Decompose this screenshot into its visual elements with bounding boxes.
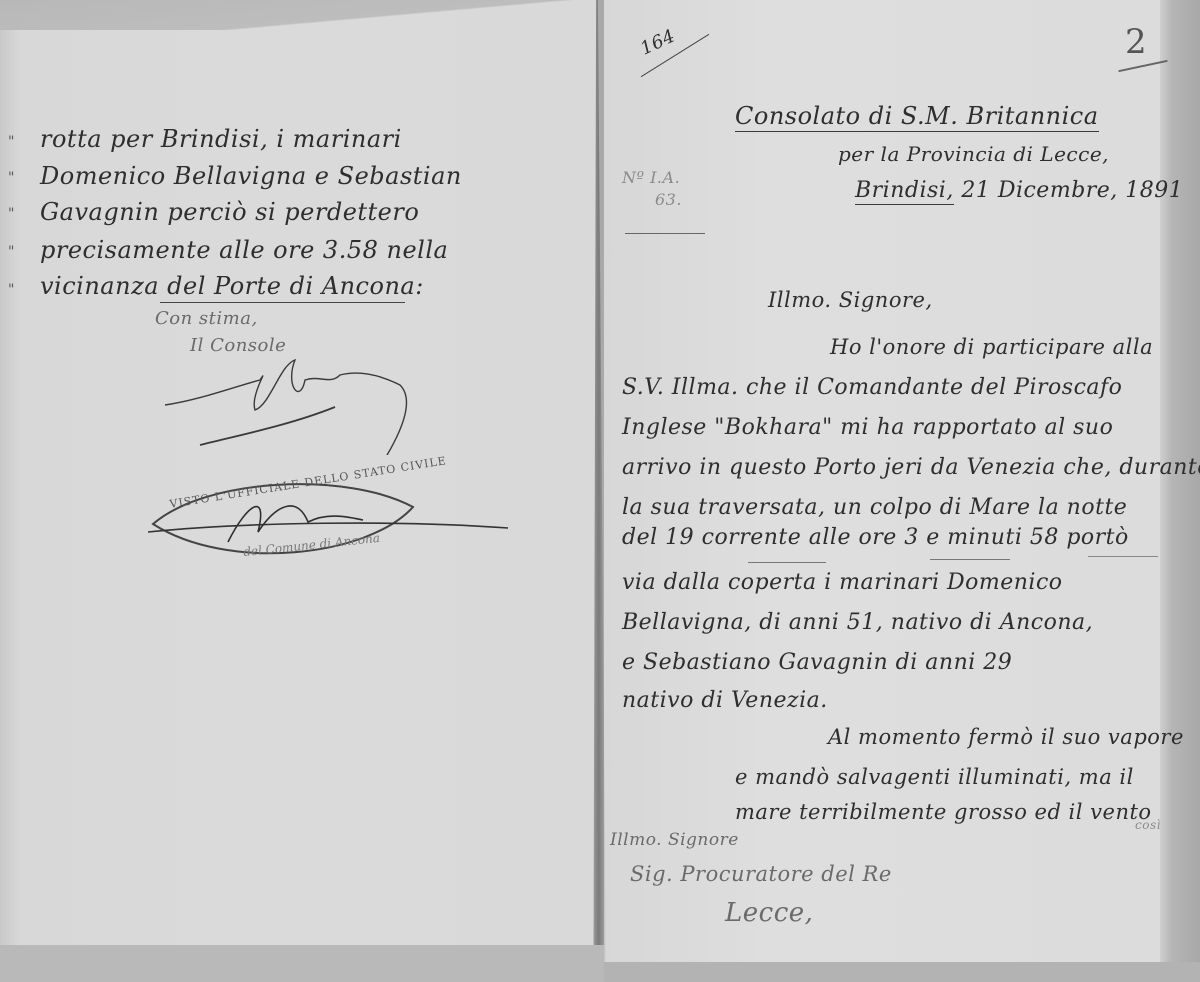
body-line: del 19 corrente alle ore 3 e minuti 58 p… — [622, 525, 1129, 550]
body-line: Bellavigna, di anni 51, nativo di Ancona… — [622, 610, 1093, 635]
left-text-line: Domenico Bellavigna e Sebastian — [40, 162, 462, 190]
body-line: via dalla coperta i marinari Domenico — [622, 570, 1063, 595]
body-line: Inglese "Bokhara" mi ha rapportato al su… — [622, 415, 1113, 440]
protocol-subnumber: 63. — [655, 190, 682, 209]
left-text-line: rotta per Brindisi, i marinari — [40, 125, 402, 153]
signature-flourish-icon — [160, 345, 430, 455]
underline-mark — [930, 559, 1010, 560]
salutation: Illmo. Signore, — [768, 288, 933, 312]
body-line: e mandò salvagenti illuminati, ma il — [735, 765, 1134, 789]
letterhead-place: Brindisi, — [855, 178, 954, 205]
body-line: e Sebastiano Gavagnin di anni 29 — [622, 650, 1012, 675]
left-text-line: precisamente alle ore 3.58 nella — [40, 236, 448, 264]
body-line: Ho l'onore di participare alla — [830, 335, 1153, 359]
left-text-line: vicinanza del Porte di Ancona: — [40, 272, 424, 300]
catchword: così — [1135, 818, 1161, 832]
body-line: la sua traversata, un colpo di Mare la n… — [622, 495, 1127, 520]
bottom-edge-left — [0, 945, 604, 982]
body-line: Al momento fermò il suo vapore — [828, 725, 1184, 749]
page-fold-shadow — [0, 0, 590, 30]
protocol-rule — [625, 233, 705, 234]
letterhead-date: 21 Dicembre, 1891 — [961, 178, 1183, 203]
official-stamp: VISTO L'UFFICIALE DELLO STATO CIVILE del… — [148, 462, 418, 572]
right-page-edge — [1160, 0, 1200, 982]
letterhead-dateline: Brindisi, 21 Dicembre, 1891 — [855, 178, 1183, 203]
body-line: S.V. Illma. che il Comandante del Pirosc… — [622, 375, 1122, 400]
underline-mark — [1088, 556, 1158, 557]
closing-text: Con stima, — [155, 308, 258, 329]
addressee-salutation: Illmo. Signore — [610, 830, 739, 850]
page-number: 2 — [1125, 22, 1147, 62]
addressee-title: Sig. Procuratore del Re — [630, 862, 892, 886]
bottom-edge-right — [604, 962, 1200, 982]
consul-signature: A. Cocchi — [160, 345, 430, 455]
underline-rule — [160, 302, 405, 303]
ditto-mark: " — [8, 134, 14, 150]
addressee-city: Lecce, — [725, 898, 813, 928]
protocol-number: Nº I.A. — [622, 168, 680, 187]
letterhead-consulate: Consolato di S.M. Britannica — [735, 102, 1099, 132]
ditto-mark: " — [8, 244, 14, 260]
ditto-mark: " — [8, 206, 14, 222]
document-spread: " " " " " rotta per Brindisi, i marinari… — [0, 0, 1200, 982]
letterhead-province: per la Provincia di Lecce, — [838, 142, 1109, 166]
underline-mark — [748, 562, 826, 563]
ditto-mark: " — [8, 282, 14, 298]
body-line: nativo di Venezia. — [622, 688, 828, 713]
left-text-line: Gavagnin perciò si perdettero — [40, 198, 419, 226]
body-line: mare terribilmente grosso ed il vento — [735, 800, 1152, 824]
body-line: arrivo in questo Porto jeri da Venezia c… — [622, 455, 1200, 480]
ditto-mark: " — [8, 170, 14, 186]
